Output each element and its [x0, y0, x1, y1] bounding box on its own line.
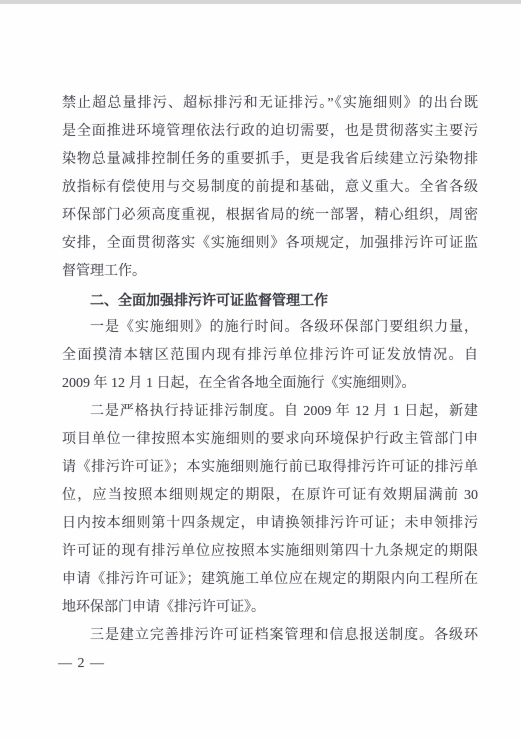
document-line: 项目单位一律按照本实施细则的要求向环境保护行政主管部门申 [62, 426, 478, 454]
top-edge-bar [0, 0, 521, 4]
document-line: 染物总量减排控制任务的重要抓手，更是我省后续建立污染物排 [62, 146, 478, 174]
document-line: 位，应当按照本细则规定的期限，在原许可证有效期届满前 30 [62, 482, 478, 510]
document-line: 督管理工作。 [62, 258, 478, 286]
page-number: — 2 — [58, 650, 478, 678]
document-line: 2009 年 12 月 1 日起，在全省各地全面施行《实施细则》。 [62, 370, 478, 398]
document-line: 是全面推进环境管理依法行政的迫切需要，也是贯彻落实主要污 [62, 118, 478, 146]
document-line: 放指标有偿使用与交易制度的前提和基础，意义重大。全省各级 [62, 174, 478, 202]
scanned-document-page: 禁止超总量排污、超标排污和无证排污。”《实施细则》的出台既 是全面推进环境管理依… [0, 0, 521, 740]
section-heading: 二、全面加强排污许可证监督管理工作 [62, 286, 478, 314]
document-body: 禁止超总量排污、超标排污和无证排污。”《实施细则》的出台既 是全面推进环境管理依… [62, 90, 478, 678]
document-line: 地环保部门申请《排污许可证》。 [62, 594, 478, 622]
document-line: 一是《实施细则》的施行时间。各级环保部门要组织力量， [62, 314, 478, 342]
document-line: 禁止超总量排污、超标排污和无证排污。”《实施细则》的出台既 [62, 90, 478, 118]
document-line: 请《排污许可证》；本实施细则施行前已取得排污许可证的排污单 [62, 454, 478, 482]
document-line: 日内按本细则第十四条规定，申请换领排污许可证；未申领排污 [62, 510, 478, 538]
document-line: 安排，全面贯彻落实《实施细则》各项规定，加强排污许可证监 [62, 230, 478, 258]
document-line: 环保部门必须高度重视，根据省局的统一部署，精心组织，周密 [62, 202, 478, 230]
document-line: 申请《排污许可证》；建筑施工单位应在规定的期限内向工程所在 [62, 566, 478, 594]
document-line: 全面摸清本辖区范围内现有排污单位排污许可证发放情况。自 [62, 342, 478, 370]
document-line: 许可证的现有排污单位应按照本实施细则第四十九条规定的期限 [62, 538, 478, 566]
document-line: 三是建立完善排污许可证档案管理和信息报送制度。各级环 [62, 622, 478, 650]
document-line: 二是严格执行持证排污制度。自 2009 年 12 月 1 日起，新建 [62, 398, 478, 426]
